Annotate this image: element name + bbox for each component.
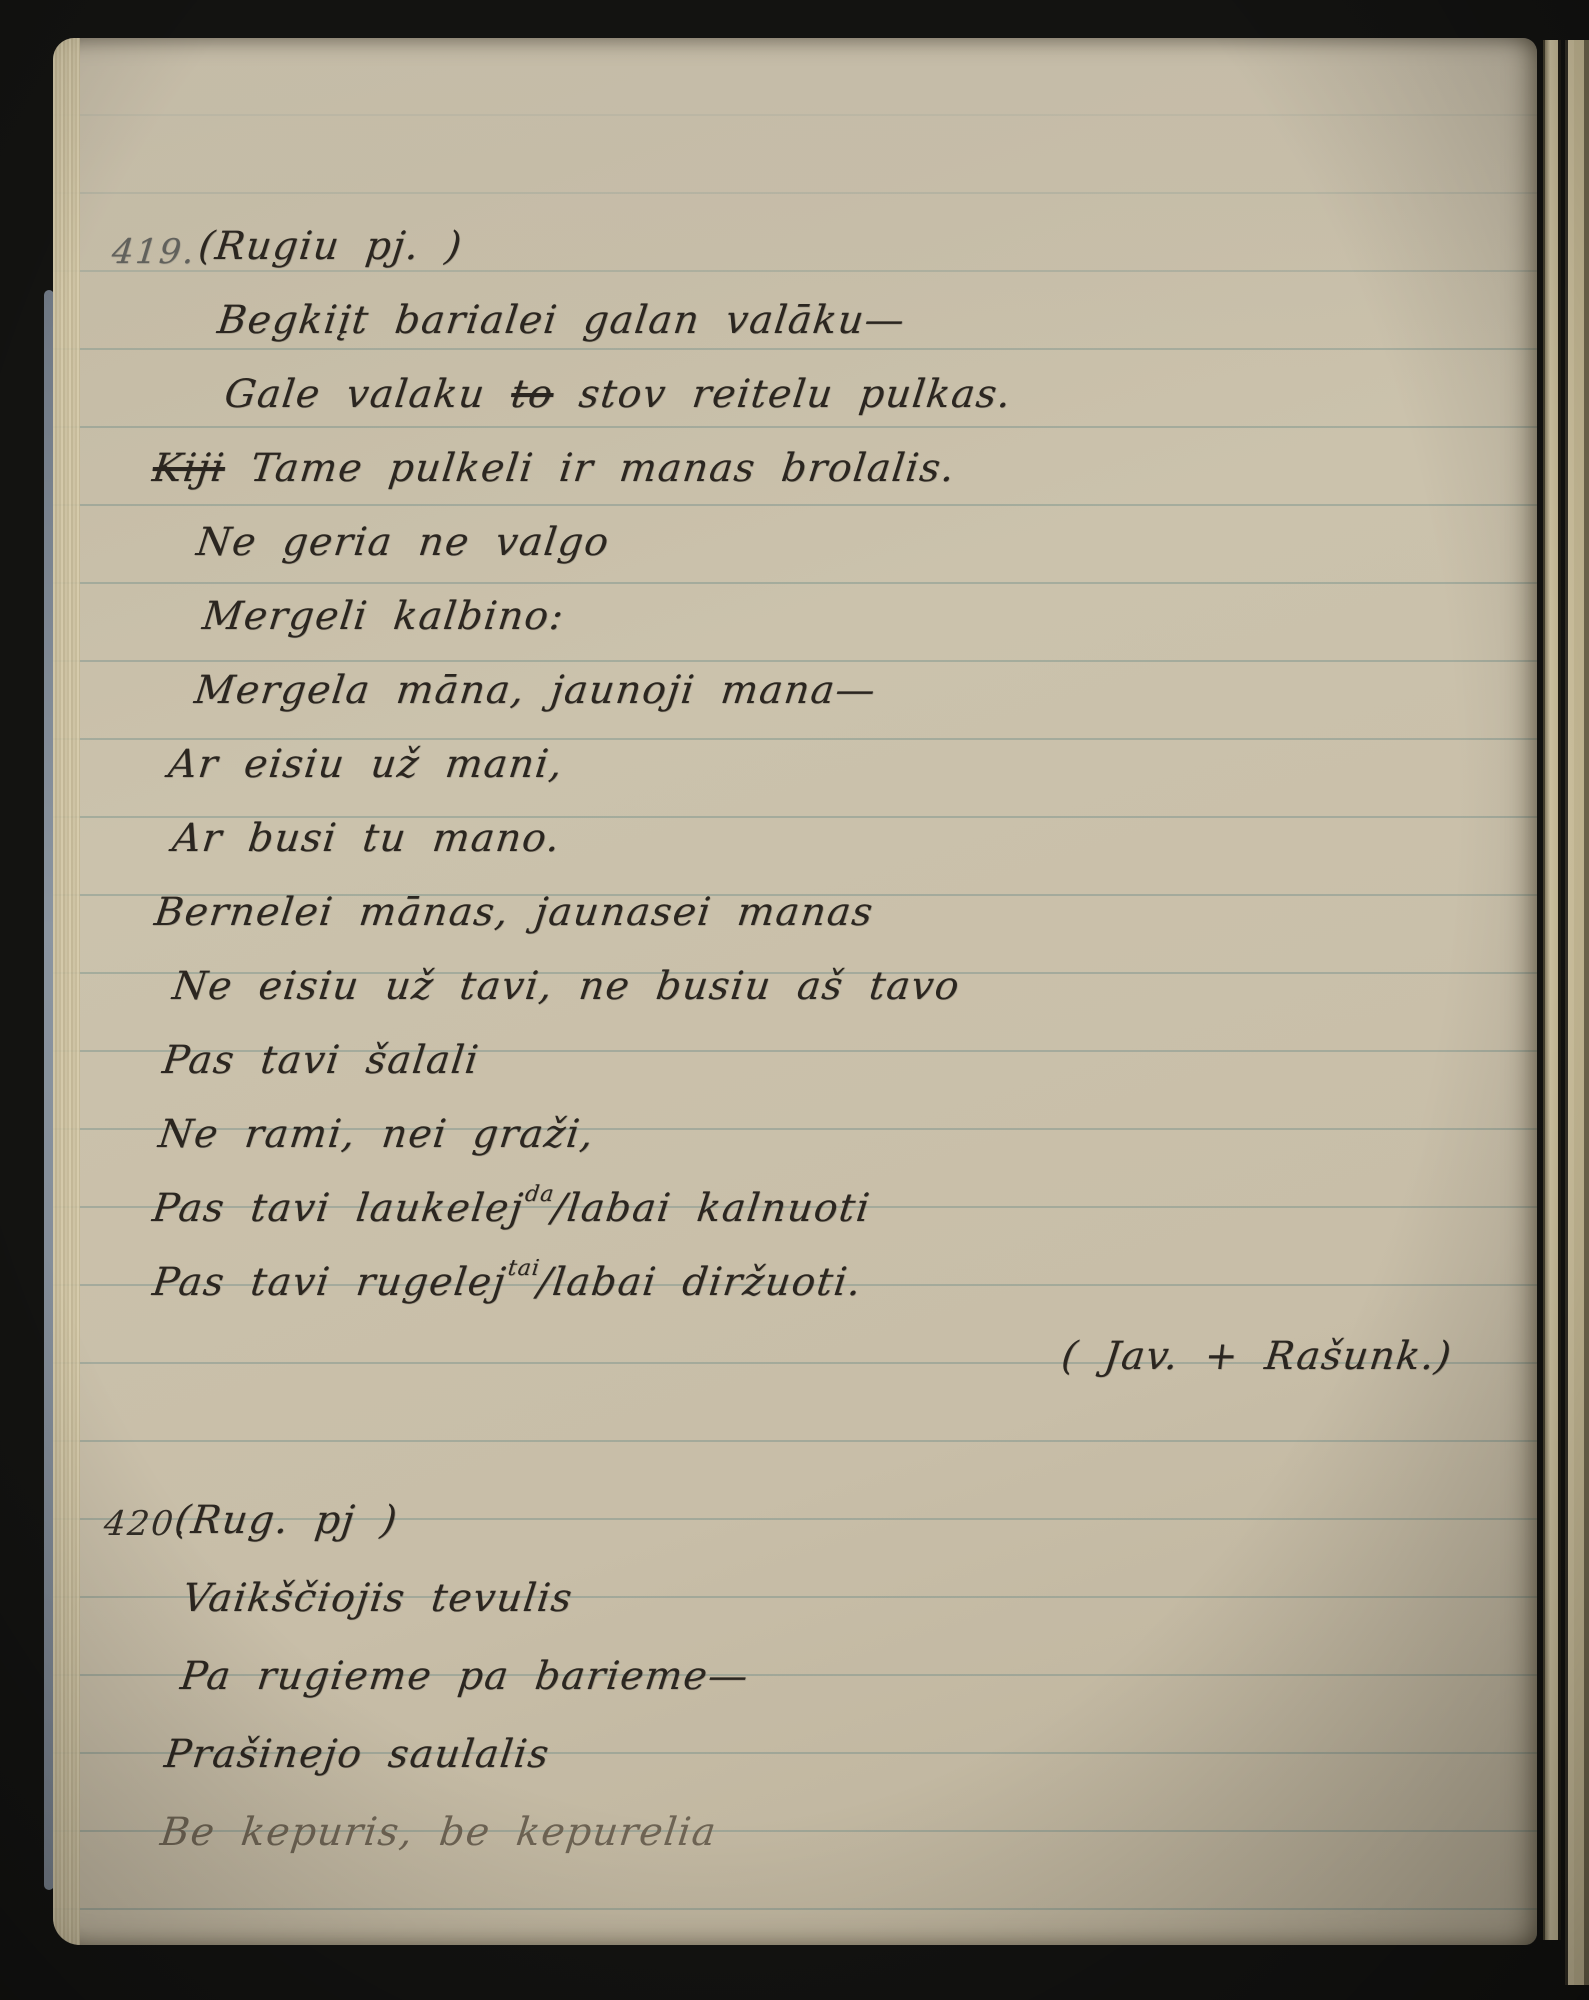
- handwritten-line: Pas tavi šalali: [160, 1038, 482, 1083]
- scan-area: 419.(Rugiu pj. )Begkiįt barialei galan v…: [0, 0, 1589, 2000]
- handwritten-line: Ne geria ne valgo: [194, 520, 612, 565]
- text-segment: Begkiįt barialei galan valāku—: [215, 298, 908, 343]
- handwritten-line: Ar eisiu už mani,: [166, 742, 566, 787]
- text-segment: (Rugiu pj. ): [196, 224, 465, 269]
- text-segment: Pas tavi laukelej: [150, 1186, 526, 1231]
- handwritten-line: (Rugiu pj. ): [196, 224, 465, 269]
- text-segment: Mergeli kalbino:: [200, 594, 567, 639]
- handwritten-line: Prašinejo saulalis: [162, 1732, 552, 1777]
- entry-number: 419.: [110, 232, 198, 272]
- text-segment: Prašinejo saulalis: [162, 1732, 552, 1777]
- attribution-line: ( Jav. + Rašunk.): [1059, 1334, 1455, 1379]
- text-segment: stov reitelu pulkas.: [551, 372, 1015, 417]
- text-segment: Ne geria ne valgo: [194, 520, 612, 565]
- text-segment: Vaikščiojis tevulis: [180, 1576, 576, 1621]
- text-segment: Be kepuris, be kepurelia: [158, 1810, 720, 1855]
- text-segment: Gale valaku: [222, 372, 514, 417]
- handwritten-line: Ar busi tu mano.: [170, 816, 563, 861]
- text-segment: Tame pulkeli ir manas brolalis.: [222, 446, 958, 491]
- inserted-word: da: [524, 1182, 556, 1207]
- handwritten-line: Pas tavi rugelejtai∕labai diržuoti.: [150, 1260, 865, 1305]
- handwritten-line: Ne rami, nei graži,: [156, 1112, 597, 1157]
- text-segment: Bernelei mānas, jaunasei manas: [152, 890, 876, 935]
- text-segment: ( Jav. + Rašunk.): [1059, 1334, 1455, 1379]
- handwriting-layer: 419.(Rugiu pj. )Begkiįt barialei galan v…: [0, 0, 1589, 2000]
- handwritten-line: Pa rugieme pa barieme—: [178, 1654, 751, 1699]
- handwritten-line: Begkiįt barialei galan valāku—: [215, 298, 908, 343]
- text-segment: Pa rugieme pa barieme—: [178, 1654, 751, 1699]
- text-segment: Pas tavi šalali: [160, 1038, 482, 1083]
- handwritten-line: Pas tavi laukelejda∕labai kalnuoti: [150, 1186, 873, 1231]
- text-segment: ∕labai kalnuoti: [550, 1186, 873, 1231]
- text-segment: Ar eisiu už mani,: [166, 742, 566, 787]
- text-segment: Ne eisiu už tavi, ne busiu aš tavo: [170, 964, 963, 1009]
- handwritten-line: Kiji Tame pulkeli ir manas brolalis.: [150, 446, 958, 491]
- text-segment: (Rug. pj ): [172, 1498, 401, 1543]
- text-segment: Ar busi tu mano.: [170, 816, 563, 861]
- struck-word: Kiji: [150, 446, 228, 491]
- handwritten-line: Ne eisiu už tavi, ne busiu aš tavo: [170, 964, 963, 1009]
- text-segment: ∕labai diržuoti.: [535, 1260, 864, 1305]
- handwritten-line: Vaikščiojis tevulis: [180, 1576, 576, 1621]
- inserted-word: tai: [506, 1256, 541, 1281]
- text-segment: Mergela māna, jaunoji mana—: [192, 668, 879, 713]
- handwritten-line: (Rug. pj ): [172, 1498, 401, 1543]
- handwritten-line: Mergela māna, jaunoji mana—: [192, 668, 879, 713]
- handwritten-line: Bernelei mānas, jaunasei manas: [152, 890, 876, 935]
- handwritten-line: Be kepuris, be kepurelia: [158, 1810, 720, 1855]
- handwritten-line: Mergeli kalbino:: [200, 594, 567, 639]
- struck-word: to: [509, 372, 557, 417]
- text-segment: Pas tavi rugelej: [150, 1260, 509, 1305]
- handwritten-line: Gale valaku to stov reitelu pulkas.: [222, 372, 1014, 417]
- text-segment: Ne rami, nei graži,: [156, 1112, 597, 1157]
